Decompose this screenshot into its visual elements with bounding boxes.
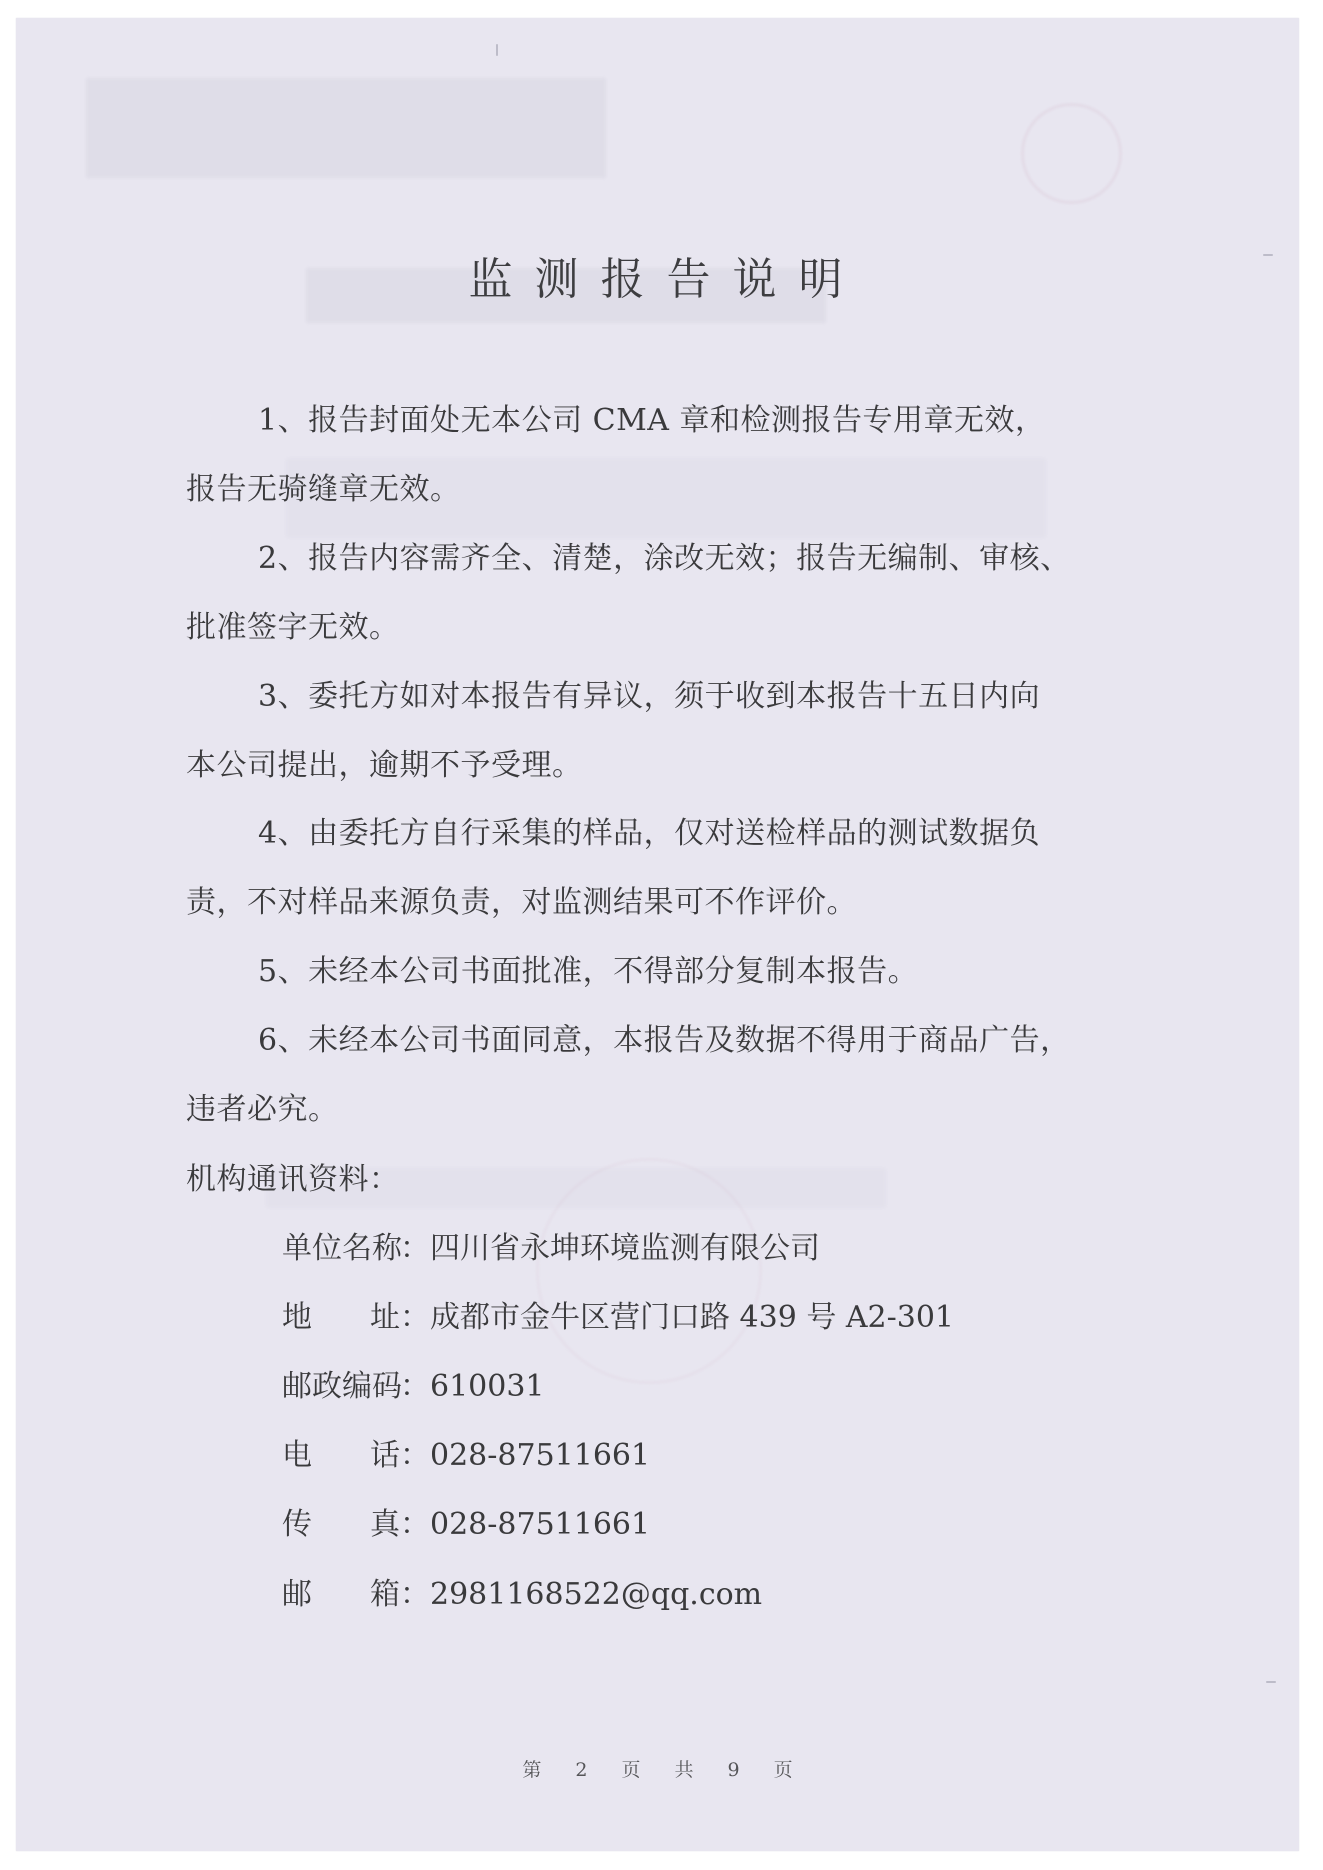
item-number: 4、 (258, 816, 308, 851)
contact-value: 028-87511661 (430, 1436, 650, 1476)
item-2-line-2: 批准签字无效。 (186, 608, 400, 648)
item-text: 未经本公司书面同意，本报告及数据不得用于商品广告， (308, 1023, 1071, 1058)
colon: ： (400, 1505, 430, 1545)
contact-row-address: 地址：成都市金牛区营门口路 439 号 A2-301 (282, 1298, 954, 1338)
colon: ： (400, 1436, 430, 1476)
scan-speck (496, 44, 498, 56)
contact-value: 028-87511661 (430, 1505, 650, 1545)
item-3-line-1: 3、委托方如对本报告有异议，须于收到本报告十五日内向 (258, 677, 1040, 717)
item-4-line-1: 4、由委托方自行采集的样品，仅对送检样品的测试数据负 (258, 814, 1040, 854)
colon: ： (400, 1298, 430, 1338)
contact-row-email: 邮箱：2981168522@qq.com (282, 1575, 762, 1615)
item-1-line-1: 1、报告封面处无本公司 CMA 章和检测报告专用章无效， (258, 401, 1046, 441)
contact-value: 成都市金牛区营门口路 439 号 A2-301 (430, 1298, 954, 1338)
item-6-line-2: 违者必究。 (186, 1090, 339, 1130)
contact-row-postcode: 邮政编码：610031 (282, 1367, 545, 1407)
item-1-line-2: 报告无骑缝章无效。 (186, 470, 461, 510)
contact-label: 单位名称 (282, 1229, 400, 1269)
colon: ： (400, 1367, 430, 1407)
contact-label: 电话 (282, 1436, 400, 1476)
contact-label: 邮箱 (282, 1575, 400, 1615)
contact-value: 610031 (430, 1367, 545, 1407)
contact-value: 2981168522@qq.com (430, 1575, 762, 1615)
colon: ： (400, 1229, 430, 1269)
contact-heading: 机构通讯资料： (186, 1160, 400, 1200)
contact-row-fax: 传真：028-87511661 (282, 1505, 650, 1545)
contact-label: 邮政编码 (282, 1367, 400, 1407)
item-6-line-1: 6、未经本公司书面同意，本报告及数据不得用于商品广告， (258, 1021, 1071, 1061)
item-text: 由委托方自行采集的样品，仅对送检样品的测试数据负 (308, 816, 1040, 851)
page-number: 第 2 页 共 9 页 (16, 1755, 1299, 1782)
item-text: 报告封面处无本公司 CMA 章和检测报告专用章无效， (308, 403, 1045, 438)
item-number: 1、 (258, 403, 308, 438)
contact-label: 地址 (282, 1298, 400, 1338)
item-number: 3、 (258, 679, 308, 714)
item-3-line-2: 本公司提出，逾期不予受理。 (186, 746, 583, 786)
contact-label: 传真 (282, 1505, 400, 1545)
contact-row-company: 单位名称：四川省永坤环境监测有限公司 (282, 1229, 820, 1269)
bleed-through-logo (1021, 103, 1122, 204)
contact-row-phone: 电话：028-87511661 (282, 1436, 650, 1476)
bleed-through-seal (536, 1158, 762, 1384)
page-title: 监测报告说明 (16, 250, 1299, 310)
bleed-through-table (86, 78, 606, 178)
colon: ： (400, 1575, 430, 1615)
scanned-page: 监测报告说明 1、报告封面处无本公司 CMA 章和检测报告专用章无效， 报告无骑… (16, 18, 1299, 1851)
item-text: 未经本公司书面批准，不得部分复制本报告。 (308, 954, 918, 989)
item-text: 委托方如对本报告有异议，须于收到本报告十五日内向 (308, 679, 1040, 714)
item-number: 6、 (258, 1023, 308, 1058)
item-4-line-2: 责，不对样品来源负责，对监测结果可不作评价。 (186, 883, 857, 923)
contact-value: 四川省永坤环境监测有限公司 (430, 1229, 820, 1269)
item-number: 5、 (258, 954, 308, 989)
item-5-line-1: 5、未经本公司书面批准，不得部分复制本报告。 (258, 952, 918, 992)
scan-speck (1266, 1681, 1276, 1683)
item-number: 2、 (258, 541, 308, 576)
item-text: 报告内容需齐全、清楚，涂改无效；报告无编制、审核、 (308, 541, 1071, 576)
item-2-line-1: 2、报告内容需齐全、清楚，涂改无效；报告无编制、审核、 (258, 539, 1071, 579)
